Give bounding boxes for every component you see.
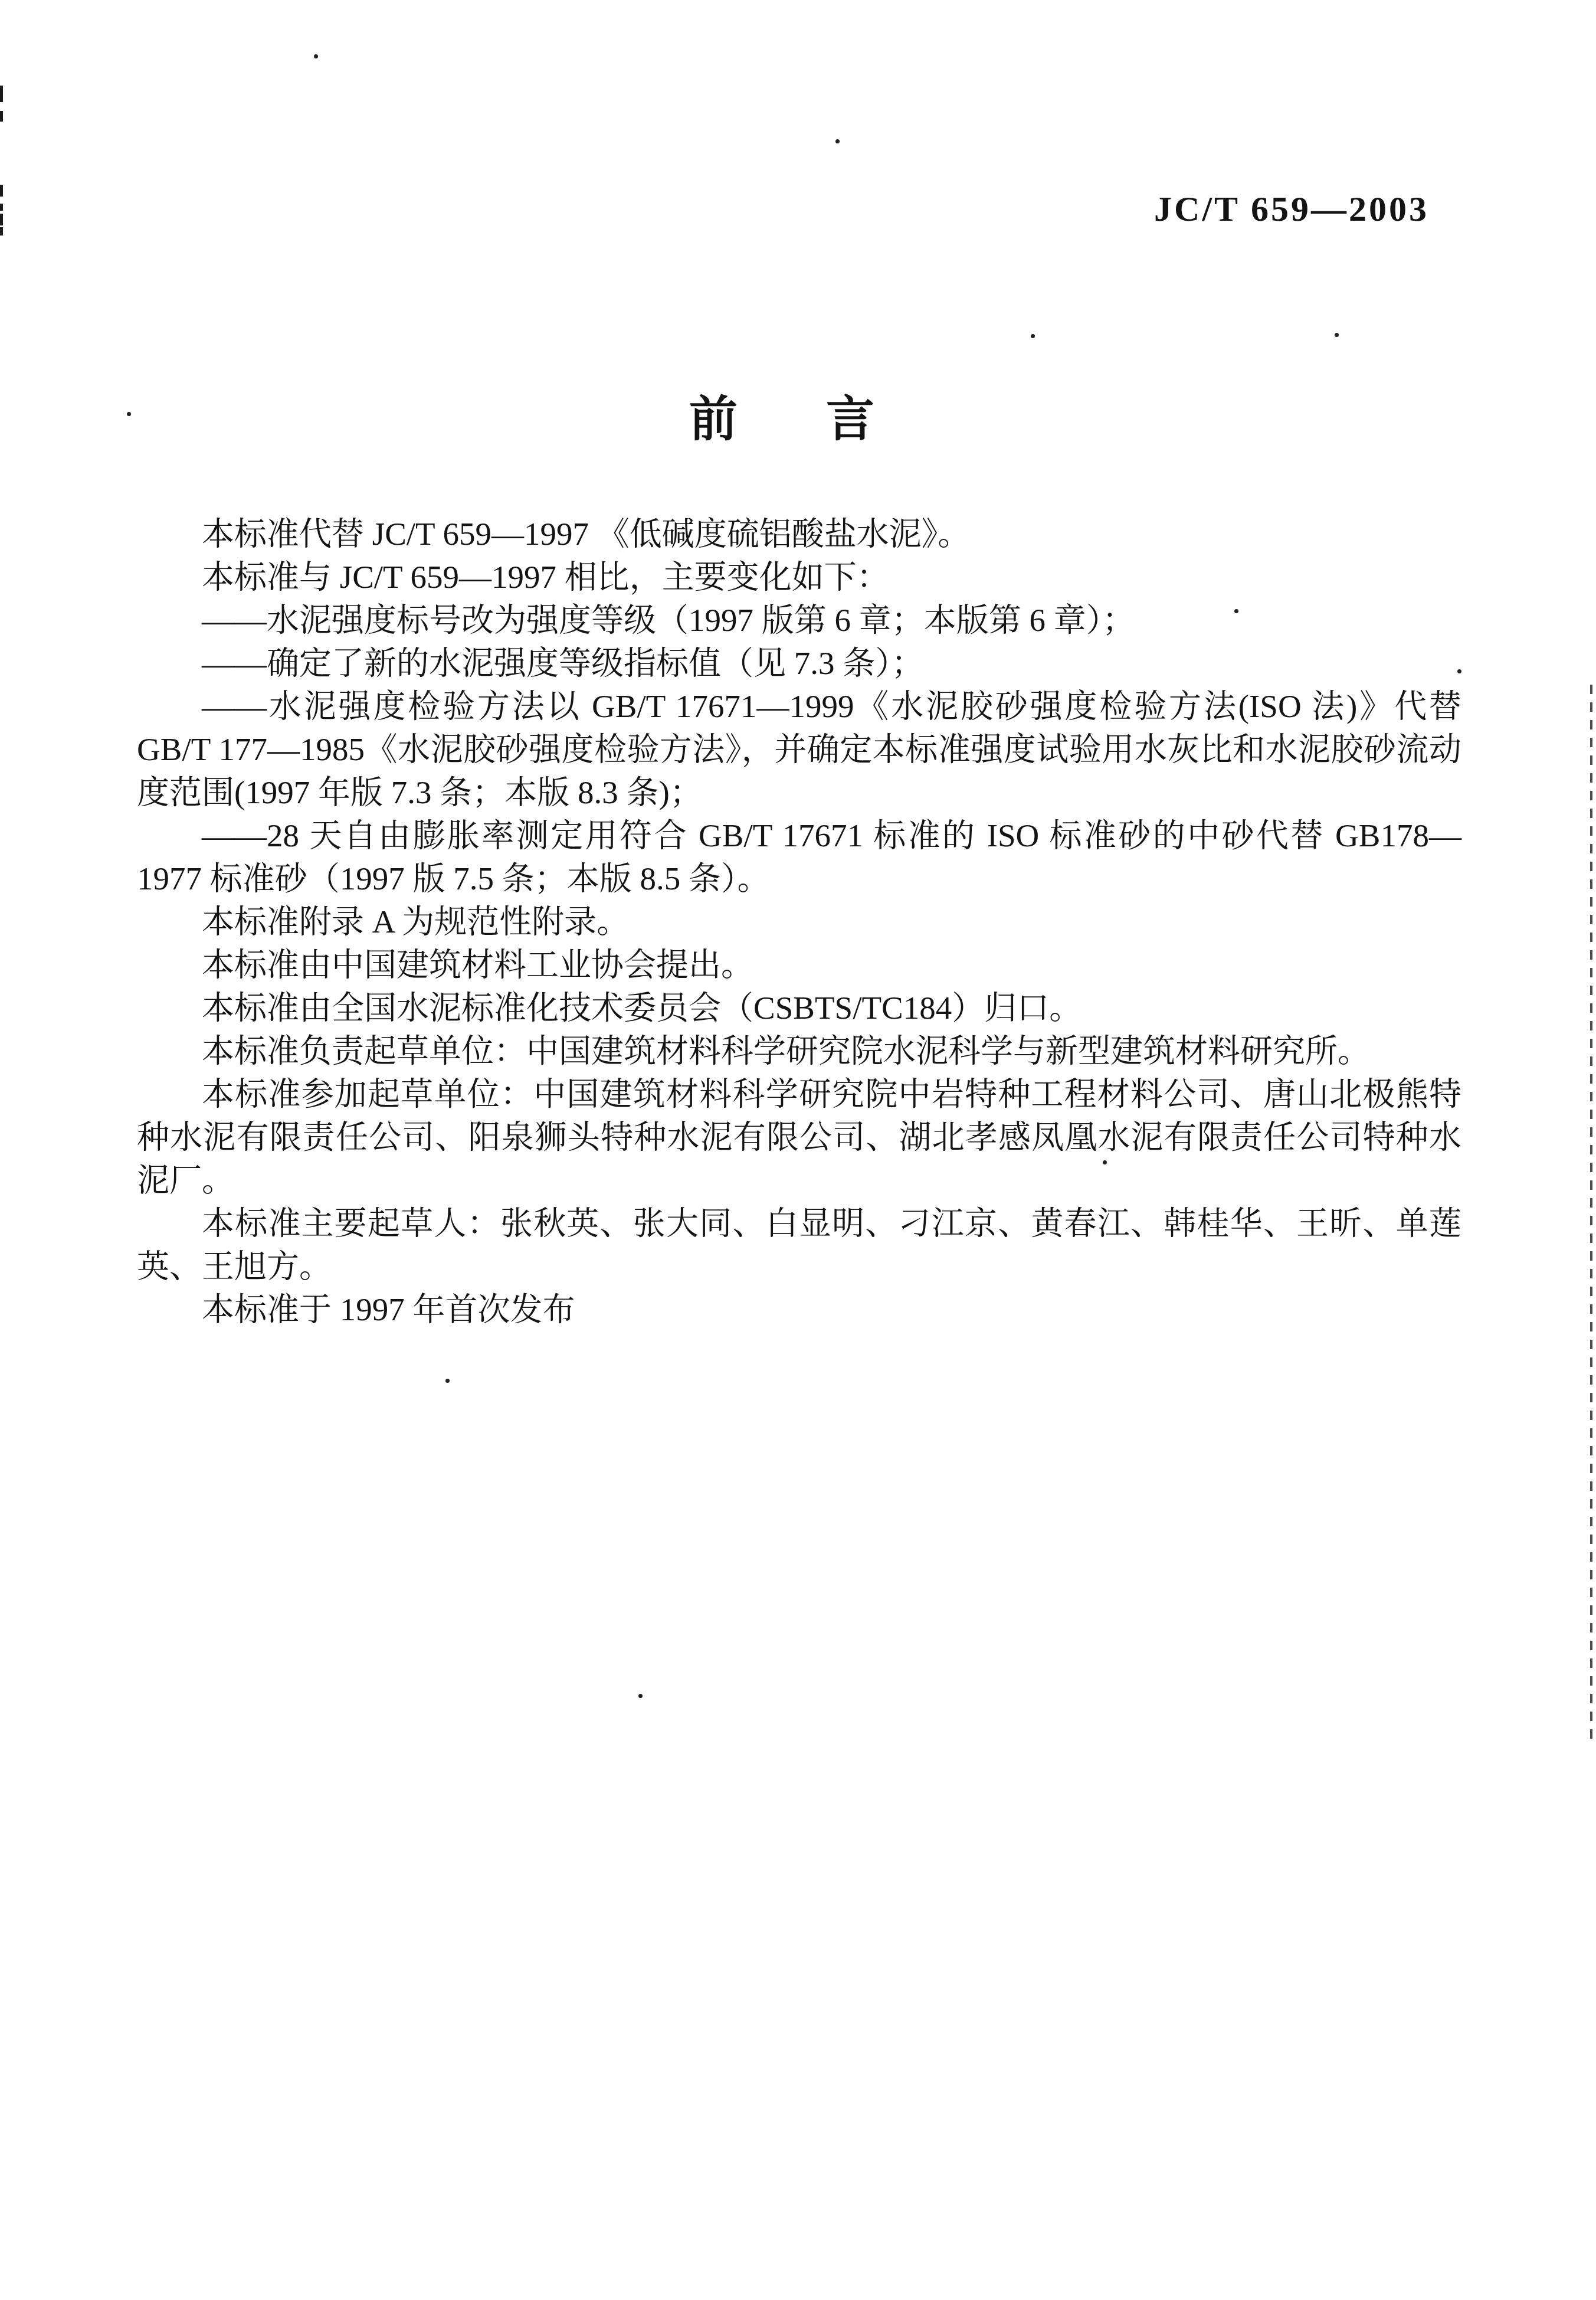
page-title: 前 言 [0,381,1564,450]
foreword-paragraph: ——水泥强度标号改为强度等级（1997 版第 6 章；本版第 6 章）； [137,598,1461,642]
scan-speck [1234,609,1238,613]
foreword-paragraph: 本标准由中国建筑材料工业协会提出。 [137,943,1461,986]
foreword-paragraph: ——28 天自由膨胀率测定用符合 GB/T 17671 标准的 ISO 标准砂的… [137,814,1461,900]
foreword-paragraph: 本标准于 1997 年首次发布 [137,1288,1461,1331]
document-page: JC/T 659—2003 前 言 本标准代替 JC/T 659—1997 《低… [0,0,1596,2300]
scan-speck [127,412,131,416]
page-title-char-2: 言 [826,381,874,450]
scan-speck [314,54,318,58]
scan-speck [1031,334,1035,338]
foreword-paragraph: 本标准主要起草人：张秋英、张大同、白显明、刁江京、黄春江、韩桂华、王昕、单莲英、… [137,1202,1461,1288]
scan-speck [1335,333,1339,337]
scan-artifact-right-edge-line [1590,685,1592,1747]
foreword-paragraph: 本标准与 JC/T 659—1997 相比，主要变化如下： [137,555,1461,598]
foreword-body: 本标准代替 JC/T 659—1997 《低碱度硫铝酸盐水泥》。 本标准与 JC… [137,512,1461,1331]
foreword-paragraph: 本标准代替 JC/T 659—1997 《低碱度硫铝酸盐水泥》。 [137,512,1461,555]
standard-number: JC/T 659—2003 [1154,189,1429,230]
foreword-paragraph: 本标准负责起草单位：中国建筑材料科学研究院水泥科学与新型建筑材料研究所。 [137,1029,1461,1072]
scan-speck [1457,669,1461,673]
foreword-paragraph: 本标准由全国水泥标准化技术委员会（CSBTS/TC184）归口。 [137,986,1461,1029]
foreword-paragraph: ——水泥强度检验方法以 GB/T 17671—1999《水泥胶砂强度检验方法(I… [137,685,1461,814]
scan-speck [1103,1160,1107,1164]
scan-speck [445,1379,450,1383]
page-title-char-1: 前 [689,381,738,450]
scan-speck [638,1694,643,1698]
foreword-paragraph: 本标准附录 A 为规范性附录。 [137,900,1461,943]
foreword-paragraph: 本标准参加起草单位：中国建筑材料科学研究院中岩特种工程材料公司、唐山北极熊特种水… [137,1072,1461,1202]
foreword-paragraph: ——确定了新的水泥强度等级指标值（见 7.3 条）； [137,642,1461,685]
scan-speck [835,139,840,143]
